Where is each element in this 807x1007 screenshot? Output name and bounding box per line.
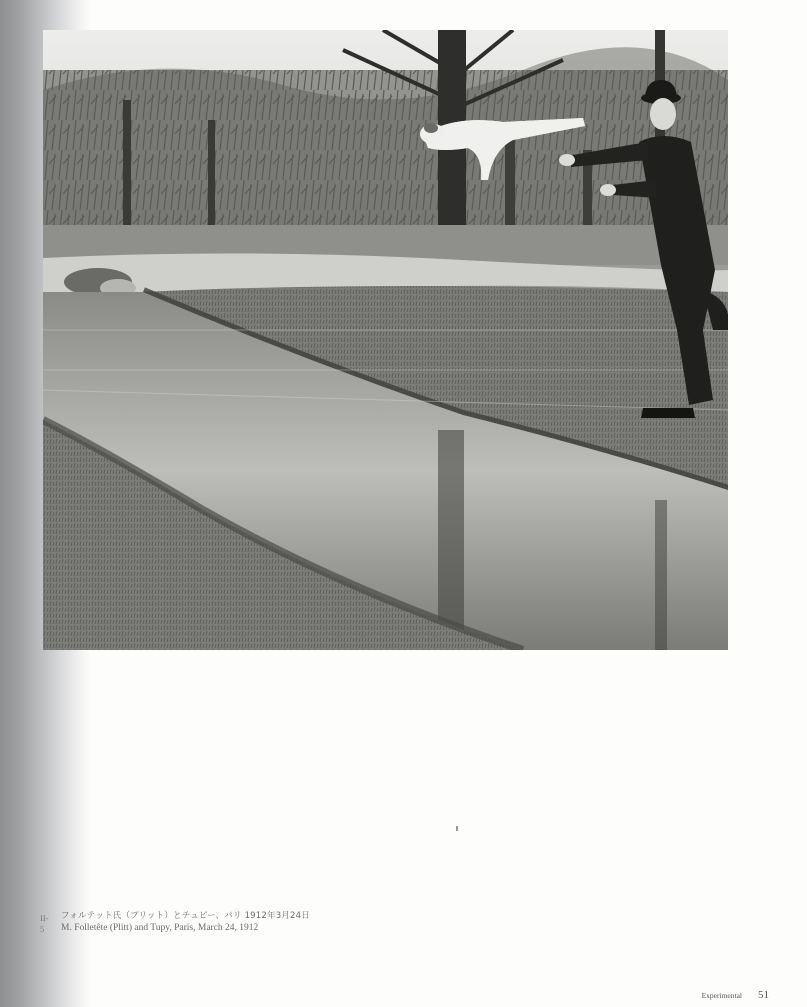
page-number: 51	[758, 989, 769, 1001]
photo-illustration	[43, 30, 728, 650]
caption-japanese: フォルテット氏（プリット）とチュピー、パリ 1912年3月24日	[61, 911, 310, 922]
caption-english: M. Folletête (Plitt) and Tupy, Paris, Ma…	[61, 923, 258, 934]
running-footer: Experimental 51	[702, 985, 769, 1003]
caption-number: II-5	[40, 913, 49, 935]
footer-section-title: Experimental	[702, 991, 742, 1000]
photograph	[43, 30, 728, 650]
page-mark	[456, 826, 458, 831]
